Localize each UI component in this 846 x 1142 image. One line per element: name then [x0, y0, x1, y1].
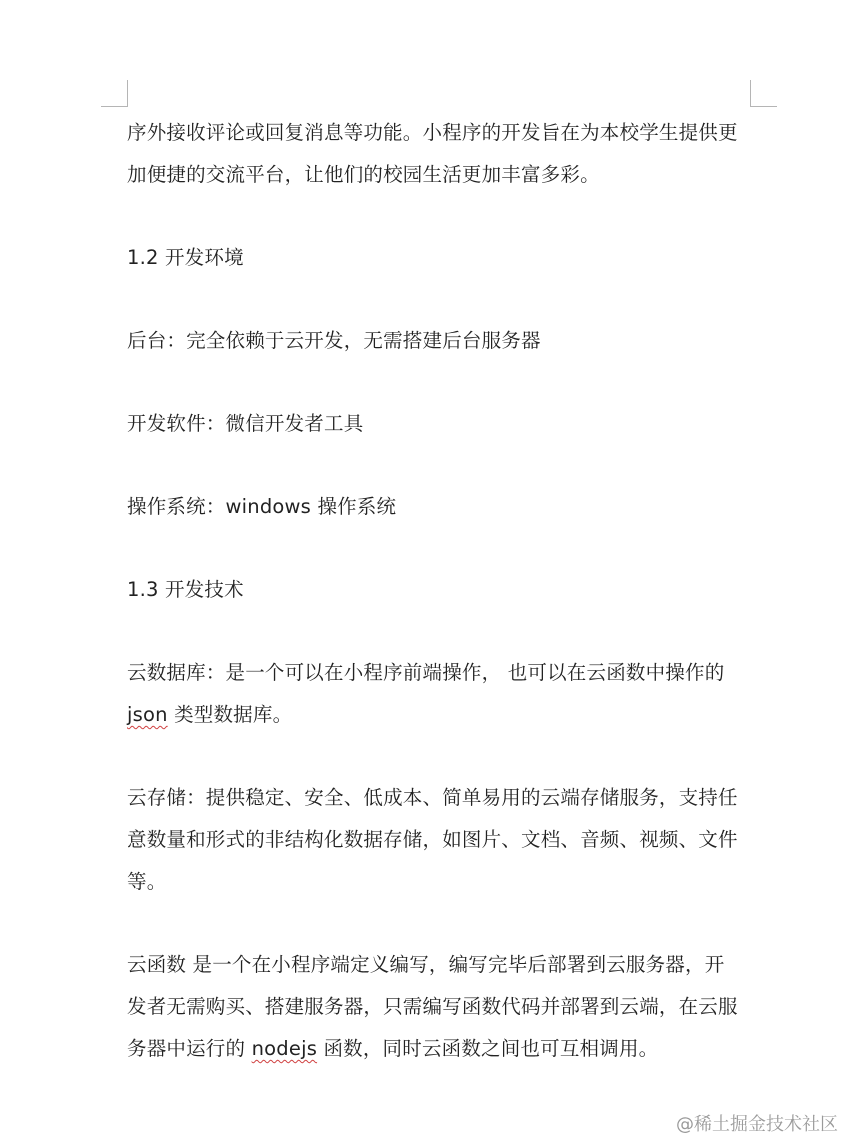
- text-line: 操作系统：windows 操作系统: [127, 486, 757, 528]
- text-line: 发者无需购买、搭建服务器，只需编写函数代码并部署到云端，在云服: [127, 986, 757, 1028]
- text-fragment: 类型数据库。: [168, 703, 293, 726]
- text-line: json 类型数据库。: [127, 694, 757, 736]
- text-line: 云函数 是一个在小程序端定义编写，编写完毕后部署到云服务器，开: [127, 944, 757, 986]
- paragraph-dev-software: 开发软件：微信开发者工具: [127, 403, 757, 445]
- heading-text: 1.2 开发环境: [127, 237, 757, 279]
- text-line: 开发软件：微信开发者工具: [127, 403, 757, 445]
- text-line: 意数量和形式的非结构化数据存储，如图片、文档、音频、视频、文件: [127, 819, 757, 861]
- document-page-body: 序外接收评论或回复消息等功能。小程序的开发旨在为本校学生提供更 加便捷的交流平台…: [127, 112, 757, 1111]
- text-line: 务器中运行的 nodejs 函数，同时云函数之间也可互相调用。: [127, 1028, 757, 1070]
- watermark: @稀土掘金技术社区: [676, 1110, 838, 1136]
- text-fragment: 务器中运行的: [127, 1037, 252, 1060]
- text-fragment: 函数，同时云函数之间也可互相调用。: [317, 1037, 658, 1060]
- text-line: 后台：完全依赖于云开发，无需搭建后台服务器: [127, 320, 757, 362]
- section-heading-1-2: 1.2 开发环境: [127, 237, 757, 279]
- section-heading-1-3: 1.3 开发技术: [127, 569, 757, 611]
- text-line: 云数据库：是一个可以在小程序前端操作， 也可以在云函数中操作的: [127, 652, 757, 694]
- text-line: 加便捷的交流平台，让他们的校园生活更加丰富多彩。: [127, 154, 757, 196]
- spellcheck-flagged-word[interactable]: json: [127, 703, 168, 726]
- text-line: 等。: [127, 861, 757, 903]
- paragraph-cloud-database: 云数据库：是一个可以在小程序前端操作， 也可以在云函数中操作的 json 类型数…: [127, 652, 757, 736]
- text-line: 云存储：提供稳定、安全、低成本、简单易用的云端存储服务，支持任: [127, 777, 757, 819]
- paragraph-cloud-function: 云函数 是一个在小程序端定义编写，编写完毕后部署到云服务器，开 发者无需购买、搭…: [127, 944, 757, 1070]
- paragraph-os: 操作系统：windows 操作系统: [127, 486, 757, 528]
- heading-text: 1.3 开发技术: [127, 569, 757, 611]
- paragraph-intro-continuation: 序外接收评论或回复消息等功能。小程序的开发旨在为本校学生提供更 加便捷的交流平台…: [127, 112, 757, 196]
- spellcheck-flagged-word[interactable]: nodejs: [252, 1037, 317, 1060]
- paragraph-cloud-storage: 云存储：提供稳定、安全、低成本、简单易用的云端存储服务，支持任 意数量和形式的非…: [127, 777, 757, 903]
- page-corner-mark-top-left: [101, 80, 128, 107]
- paragraph-backend: 后台：完全依赖于云开发，无需搭建后台服务器: [127, 320, 757, 362]
- text-line: 序外接收评论或回复消息等功能。小程序的开发旨在为本校学生提供更: [127, 112, 757, 154]
- page-corner-mark-top-right: [750, 80, 777, 107]
